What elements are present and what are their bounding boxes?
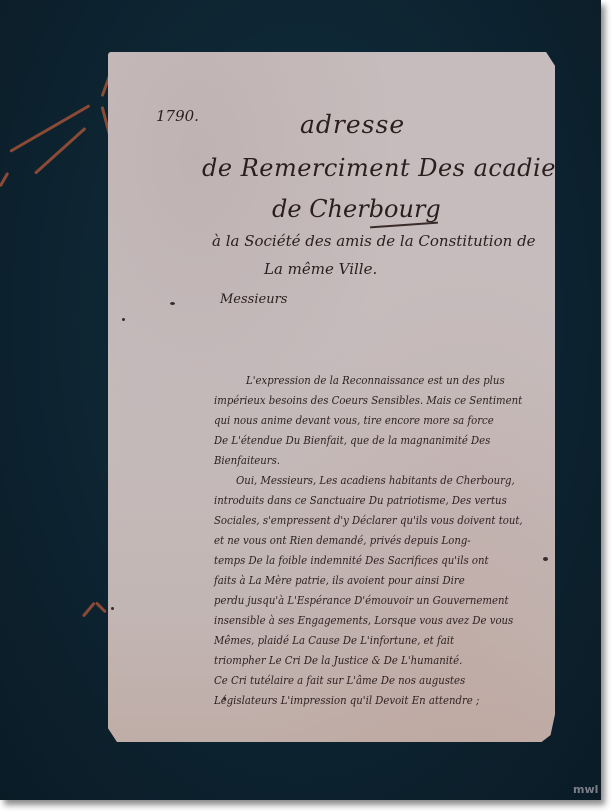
body-line: insensible à ses Engagements, Lorsque vo…	[214, 614, 513, 627]
body-line: Mêmes, plaidé La Cause De L'infortune, e…	[214, 634, 454, 647]
body-line: Ce Cri tutélaire a fait sur L'âme De nos…	[214, 674, 465, 687]
manuscript-subtitle-line-2: La même Ville.	[264, 260, 377, 278]
body-line: temps De la foible indemnité Des Sacrifi…	[214, 554, 489, 567]
body-line: Sociales, s'empressent d'y Déclarer qu'i…	[214, 514, 523, 527]
paper-stain	[111, 607, 114, 610]
body-line: introduits dans ce Sanctuaire Du patriot…	[214, 494, 507, 507]
body-line: faits à La Mère patrie, ils avoient pour…	[214, 574, 465, 587]
paper-stain	[122, 318, 125, 321]
body-line: Bienfaiteurs.	[214, 454, 280, 467]
ribbon-tie	[9, 104, 90, 153]
manuscript-page: 1790. adresse de Remerciment Des acadien…	[108, 52, 555, 742]
manuscript-salutation: Messieurs	[220, 292, 287, 307]
manuscript-subtitle-line-1: à la Société des amis de la Constitution…	[212, 232, 536, 250]
body-line: L'expression de la Reconnaissance est un…	[246, 374, 505, 387]
ribbon-stub	[95, 601, 107, 613]
body-line: De L'étendue Du Bienfait, que de la magn…	[214, 434, 490, 447]
body-line: impérieux besoins des Coeurs Sensibles. …	[214, 394, 522, 407]
manuscript-title-line-1: adresse	[300, 110, 405, 139]
manuscript-year: 1790.	[156, 107, 199, 125]
ribbon-stub	[82, 602, 96, 618]
paper-stain	[170, 302, 175, 305]
watermark: mwl	[573, 783, 598, 796]
body-line: Oui, Messieurs, Les acadiens habitants d…	[236, 474, 515, 487]
ribbon-tie	[0, 172, 9, 187]
body-line: qui nous anime devant vous, tire encore …	[214, 414, 494, 427]
body-line: Législateurs L'impression qu'il Devoit E…	[214, 694, 479, 707]
manuscript-title-line-2: de Remerciment Des acadiens	[202, 154, 585, 182]
manuscript-title-line-3: de Cherbourg	[272, 195, 441, 223]
paper-stain	[223, 697, 226, 700]
manuscript-photo: 1790. adresse de Remerciment Des acadien…	[0, 0, 601, 800]
paper-stain	[543, 557, 548, 561]
body-line: triompher Le Cri De la Justice & De L'hu…	[214, 654, 462, 667]
body-line: perdu jusqu'à L'Espérance D'émouvoir un …	[214, 594, 509, 607]
body-line: et ne vous ont Rien demandé, privés depu…	[214, 534, 471, 547]
